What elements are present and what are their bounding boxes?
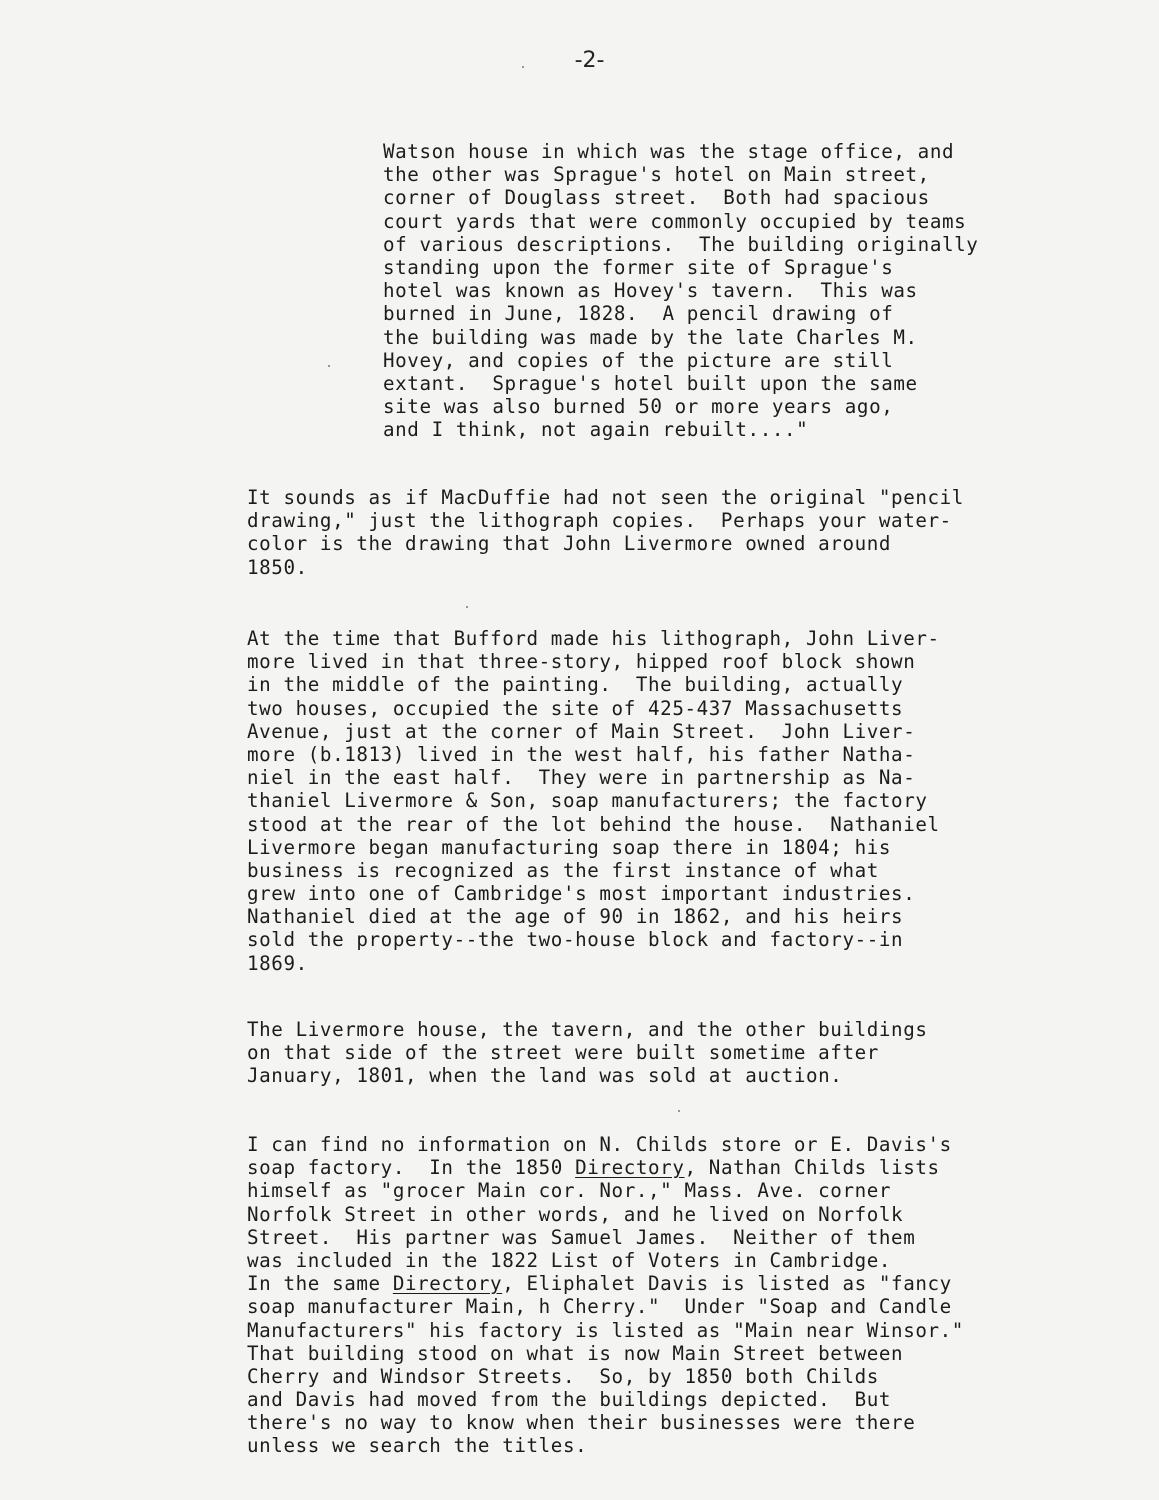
text-line: site was also burned 50 or more years ag… — [383, 395, 978, 418]
text-line: burned in June, 1828. A pencil drawing o… — [383, 302, 978, 325]
paragraph-land-auction: The Livermore house, the tavern, and the… — [247, 1018, 928, 1088]
text-line: grew into one of Cambridge's most import… — [247, 882, 940, 905]
underlined-title: Directory — [393, 1272, 502, 1295]
scan-speck — [678, 1110, 680, 1112]
text-line: and Davis had moved from the buildings d… — [247, 1388, 964, 1411]
text-line: corner of Douglass street. Both had spac… — [383, 186, 978, 209]
text-line: color is the drawing that John Livermore… — [247, 532, 964, 555]
text-line: stood at the rear of the lot behind the … — [247, 813, 940, 836]
paragraph-livermore-house: At the time that Bufford made his lithog… — [247, 627, 940, 975]
text-line: extant. Sprague's hotel built upon the s… — [383, 372, 978, 395]
text-line: sold the property--the two-house block a… — [247, 928, 940, 951]
scan-speck — [328, 365, 330, 367]
text-line: In the same Directory, Eliphalet Davis i… — [247, 1272, 964, 1295]
paragraph-macduffie: It sounds as if MacDuffie had not seen t… — [247, 486, 964, 579]
quoted-passage: Watson house in which was the stage offi… — [383, 140, 978, 441]
text-line: The Livermore house, the tavern, and the… — [247, 1018, 928, 1041]
text-line: court yards that were commonly occupied … — [383, 210, 978, 233]
text-line: 1850. — [247, 556, 964, 579]
text-line: thaniel Livermore & Son, soap manufactur… — [247, 789, 940, 812]
text-line: on that side of the street were built so… — [247, 1041, 928, 1064]
text-line: more lived in that three-story, hipped r… — [247, 650, 940, 673]
text-line: and I think, not again rebuilt...." — [383, 418, 978, 441]
text-segment: , Nathan Childs lists — [684, 1156, 939, 1179]
text-line: two houses, occupied the site of 425-437… — [247, 697, 940, 720]
text-line: drawing," just the lithograph copies. Pe… — [247, 509, 964, 532]
text-line: That building stood on what is now Main … — [247, 1342, 964, 1365]
text-line: January, 1801, when the land was sold at… — [247, 1064, 928, 1087]
text-line: of various descriptions. The building or… — [383, 233, 978, 256]
text-line: himself as "grocer Main cor. Nor.," Mass… — [247, 1179, 964, 1202]
page-number: -2- — [0, 48, 1159, 73]
text-line: Watson house in which was the stage offi… — [383, 140, 978, 163]
text-line: It sounds as if MacDuffie had not seen t… — [247, 486, 964, 509]
underlined-title: Directory — [575, 1156, 684, 1179]
text-line: niel in the east half. They were in part… — [247, 766, 940, 789]
text-segment: soap factory. In the 1850 — [247, 1156, 575, 1179]
text-line: more (b.1813) lived in the west half, hi… — [247, 743, 940, 766]
text-line: unless we search the titles. — [247, 1434, 964, 1457]
text-line: hotel was known as Hovey's tavern. This … — [383, 279, 978, 302]
text-line: there's no way to know when their busine… — [247, 1411, 964, 1434]
text-line: Nathaniel died at the age of 90 in 1862,… — [247, 905, 940, 928]
text-line: Hovey, and copies of the picture are sti… — [383, 349, 978, 372]
text-line: 1869. — [247, 952, 940, 975]
scan-speck — [522, 66, 524, 68]
text-line: soap factory. In the 1850 Directory, Nat… — [247, 1156, 964, 1179]
text-line: business is recognized as the first inst… — [247, 859, 940, 882]
text-line: standing upon the former site of Sprague… — [383, 256, 978, 279]
text-line: the other was Sprague's hotel on Main st… — [383, 163, 978, 186]
text-line: soap manufacturer Main, h Cherry." Under… — [247, 1295, 964, 1318]
paragraph-childs-davis: I can find no information on N. Childs s… — [247, 1133, 964, 1458]
text-line: the building was made by the late Charle… — [383, 326, 978, 349]
text-line: in the middle of the painting. The build… — [247, 673, 940, 696]
text-line: Livermore began manufacturing soap there… — [247, 836, 940, 859]
text-segment: In the same — [247, 1272, 393, 1295]
text-line: Street. His partner was Samuel James. Ne… — [247, 1226, 964, 1249]
text-line: Norfolk Street in other words, and he li… — [247, 1203, 964, 1226]
text-line: was included in the 1822 List of Voters … — [247, 1249, 964, 1272]
text-line: Manufacturers" his factory is listed as … — [247, 1319, 964, 1342]
text-line: I can find no information on N. Childs s… — [247, 1133, 964, 1156]
text-line: At the time that Bufford made his lithog… — [247, 627, 940, 650]
text-segment: , Eliphalet Davis is listed as "fancy — [502, 1272, 952, 1295]
text-line: Avenue, just at the corner of Main Stree… — [247, 720, 940, 743]
scan-speck — [466, 606, 468, 608]
text-line: Cherry and Windsor Streets. So, by 1850 … — [247, 1365, 964, 1388]
